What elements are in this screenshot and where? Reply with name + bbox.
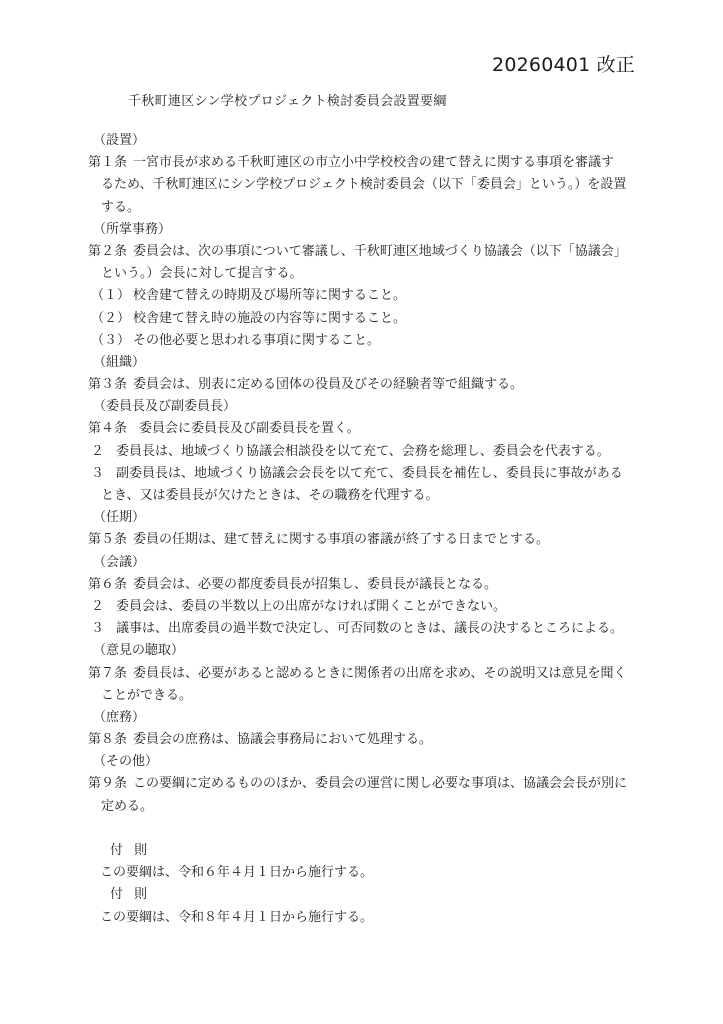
document-body: （設置） 第１条一宮市長が求める千秋町連区の市立小中学校校舎の建て替えに関する事… — [88, 130, 648, 929]
supplementary-text: この要綱は、令和６年４月１日から施行する。 — [88, 862, 648, 884]
paragraph-text: 委員会は、委員の半数以上の出席がなければ開くことができない。 — [116, 599, 506, 614]
article-number: 第９条 — [88, 773, 127, 795]
article-text: 委員会の庶務は、協議会事務局において処理する。 — [133, 732, 432, 747]
item-number: （３） — [91, 330, 133, 352]
article-continuation: する。 — [88, 197, 648, 219]
article-continuation: という。）会長に対して提言する。 — [88, 263, 648, 285]
item-text: その他必要と思われる事項に関すること。 — [133, 333, 380, 348]
list-item: （１）校舎建て替えの時期及び場所等に関すること。 — [88, 285, 648, 307]
article-continuation: 定める。 — [88, 796, 648, 818]
section-caption: （組織） — [88, 352, 648, 374]
paragraph-line: ３議事は、出席委員の過半数で決定し、可否同数のときは、議長の決するところによる。 — [88, 618, 648, 640]
supplementary-heading: 付則 — [88, 840, 648, 862]
section-caption: （会議） — [88, 552, 648, 574]
paragraph-text: 副委員長は、地域づくり協議会会長を以て充て、委員長を補佐し、委員長に事故がある — [116, 466, 623, 481]
article-text: 委員会は、別表に定める団体の役員及びその経験者等で組織する。 — [133, 377, 523, 392]
article-number: 第８条 — [88, 729, 127, 751]
paragraph-line: ２委員会は、委員の半数以上の出席がなければ開くことができない。 — [88, 596, 648, 618]
article-line: 第９条この要綱に定めるもののほか、委員会の運営に関し必要な事項は、協議会会長が別… — [88, 773, 648, 795]
article-line: 第４条委員会に委員長及び副委員長を置く。 — [88, 418, 648, 440]
article-text: 委員会に委員長及び副委員長を置く。 — [139, 421, 360, 436]
article-text: この要綱に定めるもののほか、委員会の運営に関し必要な事項は、協議会会長が別に — [133, 776, 627, 791]
article-line: 第２条委員会は、次の事項について審議し、千秋町連区地域づくり協議会（以下「協議会… — [88, 241, 648, 263]
supplementary-heading: 付則 — [88, 884, 648, 906]
section-caption: （意見の聴取） — [88, 640, 648, 662]
article-continuation: ことができる。 — [88, 685, 648, 707]
article-number: 第１条 — [88, 152, 127, 174]
paragraph-number: ３ — [91, 618, 116, 640]
supplementary-text: この要綱は、令和８年４月１日から施行する。 — [88, 907, 648, 929]
article-line: 第５条委員の任期は、建て替えに関する事項の審議が終了する日までとする。 — [88, 529, 648, 551]
list-item: （３）その他必要と思われる事項に関すること。 — [88, 330, 648, 352]
spacer — [88, 818, 648, 840]
article-number: 第２条 — [88, 241, 127, 263]
section-caption: （所掌事務） — [88, 219, 648, 241]
article-text: 委員の任期は、建て替えに関する事項の審議が終了する日までとする。 — [133, 532, 549, 547]
section-caption: （その他） — [88, 751, 648, 773]
paragraph-text: 議事は、出席委員の過半数で決定し、可否同数のときは、議長の決するところによる。 — [116, 621, 623, 636]
paragraph-text: 委員長は、地域づくり協議会相談役を以て充て、会務を総理し、委員会を代表する。 — [116, 444, 610, 459]
item-number: （２） — [91, 308, 133, 330]
article-line: 第７条委員長は、必要があると認めるときに関係者の出席を求め、その説明又は意見を聞… — [88, 663, 648, 685]
article-line: 第８条委員会の庶務は、協議会事務局において処理する。 — [88, 729, 648, 751]
section-caption: （庶務） — [88, 707, 648, 729]
article-continuation: るため、千秋町連区にシン学校プロジェクト検討委員会（以下「委員会」という。）を設… — [88, 174, 648, 196]
item-text: 校舎建て替えの時期及び場所等に関すること。 — [133, 288, 406, 303]
article-text: 一宮市長が求める千秋町連区の市立小中学校校舎の建て替えに関する事項を審議す — [133, 155, 614, 170]
paragraph-number: ３ — [91, 463, 116, 485]
paragraph-number: ２ — [91, 441, 116, 463]
paragraph-line: ３副委員長は、地域づくり協議会会長を以て充て、委員長を補佐し、委員長に事故がある — [88, 463, 648, 485]
item-text: 校舎建て替え時の施設の内容等に関すること。 — [133, 311, 406, 326]
article-number: 第４条 — [88, 418, 127, 440]
section-caption: （設置） — [88, 130, 648, 152]
paragraph-number: ２ — [91, 596, 116, 618]
article-text: 委員会は、必要の都度委員長が招集し、委員長が議長となる。 — [133, 577, 497, 592]
article-number: 第５条 — [88, 529, 127, 551]
section-caption: （委員長及び副委員長） — [88, 396, 648, 418]
section-caption: （任期） — [88, 507, 648, 529]
article-line: 第６条委員会は、必要の都度委員長が招集し、委員長が議長となる。 — [88, 574, 648, 596]
revision-label: 20260401 改正 — [492, 50, 635, 77]
list-item: （２）校舎建て替え時の施設の内容等に関すること。 — [88, 308, 648, 330]
article-text: 委員会は、次の事項について審議し、千秋町連区地域づくり協議会（以下「協議会」 — [133, 244, 627, 259]
article-line: 第１条一宮市長が求める千秋町連区の市立小中学校校舎の建て替えに関する事項を審議す — [88, 152, 648, 174]
document-title: 千秋町連区シン学校プロジェクト検討委員会設置要綱 — [128, 90, 447, 109]
paragraph-continuation: とき、又は委員長が欠けたときは、その職務を代理する。 — [88, 485, 648, 507]
article-number: 第６条 — [88, 574, 127, 596]
article-number: 第７条 — [88, 663, 127, 685]
paragraph-line: ２委員長は、地域づくり協議会相談役を以て充て、会務を総理し、委員会を代表する。 — [88, 441, 648, 463]
item-number: （１） — [91, 285, 133, 307]
article-line: 第３条委員会は、別表に定める団体の役員及びその経験者等で組織する。 — [88, 374, 648, 396]
article-text: 委員長は、必要があると認めるときに関係者の出席を求め、その説明又は意見を聞く — [133, 666, 626, 681]
article-number: 第３条 — [88, 374, 127, 396]
